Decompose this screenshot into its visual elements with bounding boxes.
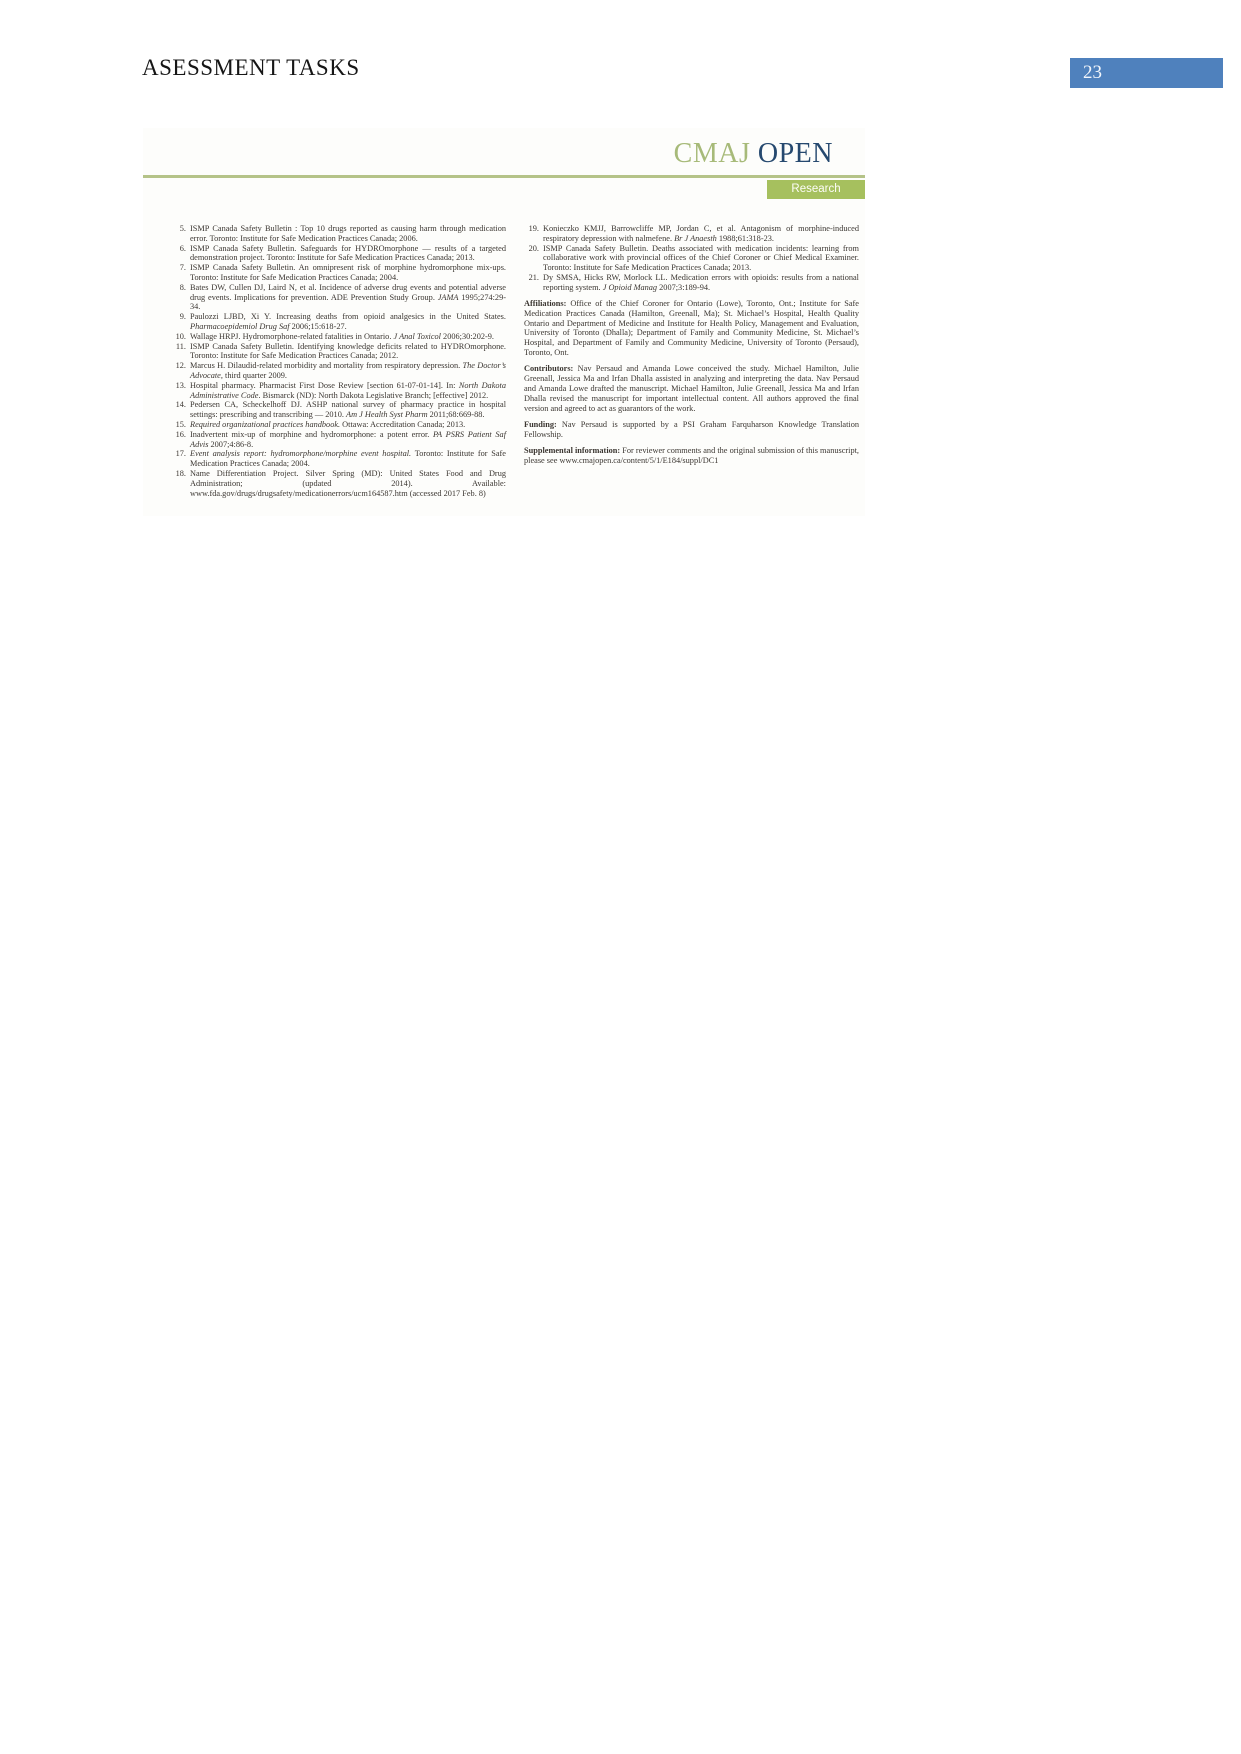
document-page: { "page": { "header_title": "ASESSMENT T… [0,0,1241,1754]
reference-item: 5.ISMP Canada Safety Bulletin : Top 10 d… [171,224,506,244]
page-number-badge: 23 [1070,58,1223,88]
reference-item: 19.Konieczko KMJJ, Barrowcliffe MP, Jord… [524,224,859,244]
reference-text: ISMP Canada Safety Bulletin. An omnipres… [190,263,506,283]
paragraph-label: Supplemental information: [524,446,620,455]
reference-number: 5. [171,224,186,244]
reference-number: 7. [171,263,186,283]
reference-item: 9.Paulozzi LJBD, Xi Y. Increasing deaths… [171,312,506,332]
reference-item: 11.ISMP Canada Safety Bulletin. Identify… [171,342,506,362]
reference-text: Event analysis report: hydromorphone/mor… [190,449,506,469]
reference-text: Bates DW, Cullen DJ, Laird N, et al. Inc… [190,283,506,312]
reference-number: 15. [171,420,186,430]
article-notes: Affiliations: Office of the Chief Corone… [524,299,859,465]
reference-text: Marcus H. Dilaudid-related morbidity and… [190,361,506,381]
reference-text: Paulozzi LJBD, Xi Y. Increasing deaths f… [190,312,506,332]
reference-item: 20.ISMP Canada Safety Bulletin. Deaths a… [524,244,859,273]
reference-item: 14.Pedersen CA, Scheckelhoff DJ. ASHP na… [171,400,506,420]
article-paragraph: Contributors: Nav Persaud and Amanda Low… [524,364,859,413]
reference-text: Pedersen CA, Scheckelhoff DJ. ASHP natio… [190,400,506,420]
reference-text: ISMP Canada Safety Bulletin. Safeguards … [190,244,506,264]
reference-number: 13. [171,381,186,401]
reference-number: 19. [524,224,539,244]
reference-item: 18.Name Differentiation Project. Silver … [171,469,506,498]
reference-number: 6. [171,244,186,264]
reference-number: 10. [171,332,186,342]
reference-number: 20. [524,244,539,273]
reference-number: 14. [171,400,186,420]
reference-item: 8.Bates DW, Cullen DJ, Laird N, et al. I… [171,283,506,312]
reference-item: 13.Hospital pharmacy. Pharmacist First D… [171,381,506,401]
reference-number: 16. [171,430,186,450]
reference-number: 17. [171,449,186,469]
paragraph-label: Contributors: [524,364,573,373]
reference-item: 16.Inadvertent mix-up of morphine and hy… [171,430,506,450]
reference-item: 21.Dy SMSA, Hicks RW, Morlock LL. Medica… [524,273,859,293]
reference-number: 11. [171,342,186,362]
reference-list-right: 19.Konieczko KMJJ, Barrowcliffe MP, Jord… [524,224,859,293]
reference-text: Inadvertent mix-up of morphine and hydro… [190,430,506,450]
reference-item: 12.Marcus H. Dilaudid-related morbidity … [171,361,506,381]
cmaj-logo-text: CMAJ [674,138,751,169]
paragraph-label: Affiliations: [524,299,566,308]
reference-item: 17.Event analysis report: hydromorphone/… [171,449,506,469]
reference-text: Hospital pharmacy. Pharmacist First Dose… [190,381,506,401]
reference-number: 18. [171,469,186,498]
reference-list-left: 5.ISMP Canada Safety Bulletin : Top 10 d… [171,224,506,498]
reference-text: ISMP Canada Safety Bulletin : Top 10 dru… [190,224,506,244]
references-column-left: 5.ISMP Canada Safety Bulletin : Top 10 d… [171,224,506,498]
reference-number: 21. [524,273,539,293]
paragraph-label: Funding: [524,420,557,429]
reference-text: ISMP Canada Safety Bulletin. Deaths asso… [543,244,859,273]
research-section-tag: Research [767,180,865,199]
references-section: 5.ISMP Canada Safety Bulletin : Top 10 d… [143,199,865,516]
article-paragraph: Affiliations: Office of the Chief Corone… [524,299,859,358]
cmaj-open-logo: CMAJ OPEN [143,138,865,170]
reference-item: 7.ISMP Canada Safety Bulletin. An omnipr… [171,263,506,283]
references-column-right: 19.Konieczko KMJJ, Barrowcliffe MP, Jord… [524,224,859,498]
reference-text: Wallage HRPJ. Hydromorphone-related fata… [190,332,506,342]
open-logo-text: OPEN [758,138,833,169]
reference-text: Konieczko KMJJ, Barrowcliffe MP, Jordan … [543,224,859,244]
reference-item: 6.ISMP Canada Safety Bulletin. Safeguard… [171,244,506,264]
reference-text: Required organizational practices handbo… [190,420,506,430]
reference-item: 15.Required organizational practices han… [171,420,506,430]
article-scan: CMAJ OPEN Research 5.ISMP Canada Safety … [143,128,865,516]
reference-text: Name Differentiation Project. Silver Spr… [190,469,506,498]
reference-number: 9. [171,312,186,332]
reference-item: 10.Wallage HRPJ. Hydromorphone-related f… [171,332,506,342]
header-rule [143,175,865,178]
page-title: ASESSMENT TASKS [142,55,360,81]
reference-number: 12. [171,361,186,381]
reference-text: ISMP Canada Safety Bulletin. Identifying… [190,342,506,362]
reference-number: 8. [171,283,186,312]
article-paragraph: Supplemental information: For reviewer c… [524,446,859,466]
reference-text: Dy SMSA, Hicks RW, Morlock LL. Medicatio… [543,273,859,293]
article-paragraph: Funding: Nav Persaud is supported by a P… [524,420,859,440]
